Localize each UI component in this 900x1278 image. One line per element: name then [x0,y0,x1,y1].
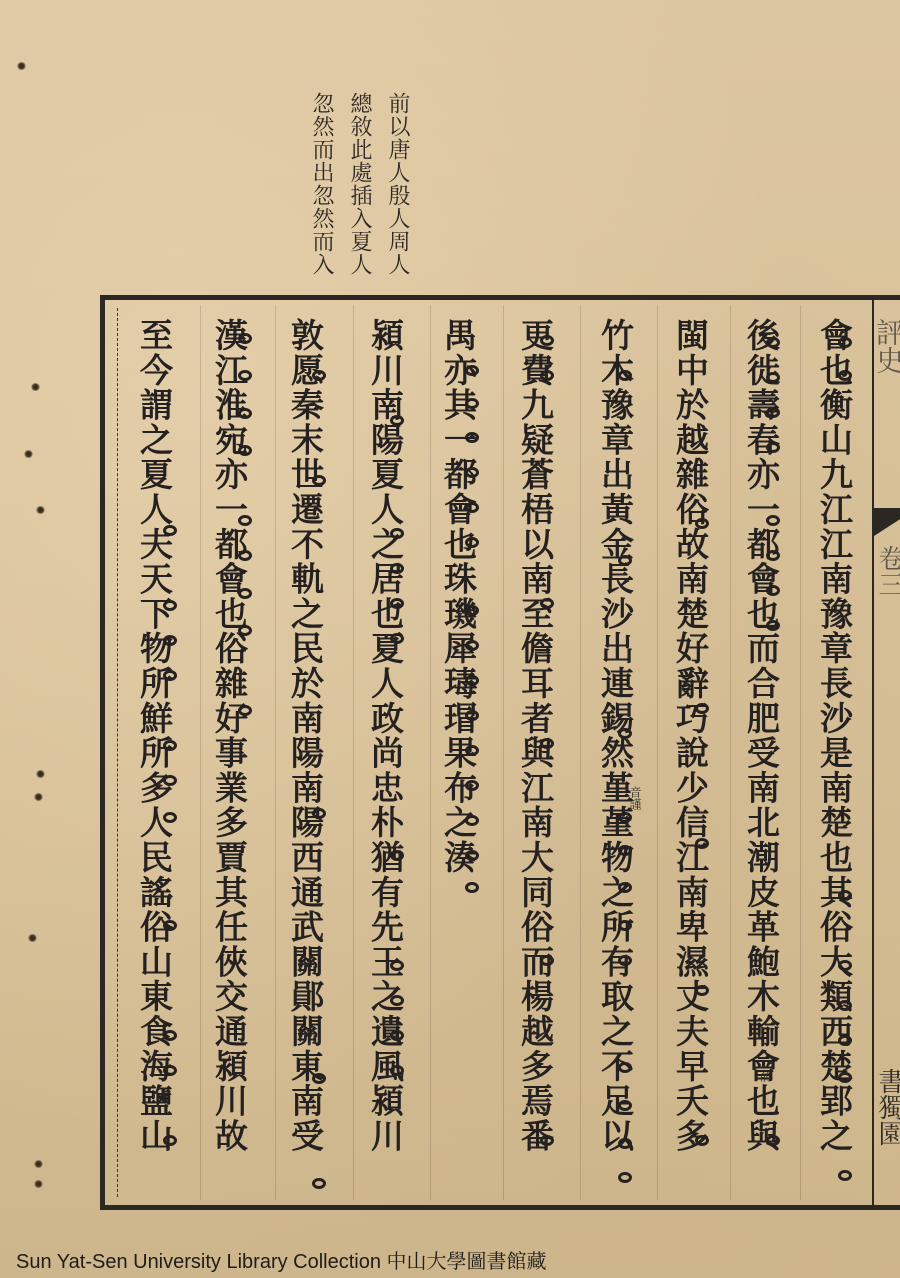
punctuation-circle-icon [618,1100,632,1111]
punctuation-circle-icon [838,1072,852,1083]
binding-hole [34,793,43,801]
punctuation-circle-icon [618,955,632,966]
punctuation-circle-icon [766,372,780,383]
punctuation-circle-icon [163,670,177,681]
punctuation-circle-icon [163,775,177,786]
punctuation-circle-icon [390,633,404,644]
punctuation-circle-icon [838,370,852,381]
punctuation-circle-icon [312,1178,326,1189]
punctuation-circle-icon [618,845,632,856]
punctuation-circle-icon [465,780,479,791]
punctuation-circle-icon [163,740,177,751]
punctuation-circle-icon [766,407,780,418]
punctuation-circle-icon [390,563,404,574]
punctuation-circle-icon [540,738,554,749]
binding-hole [34,1160,43,1168]
punctuation-circle-icon [766,620,780,631]
punctuation-circle-icon [695,703,709,714]
column-rule [657,305,658,1200]
annotation-column: 忽然而出忽然而入 [304,92,334,297]
punctuation-circle-icon [390,1065,404,1076]
punctuation-circle-icon [390,850,404,861]
punctuation-circle-icon [465,502,479,513]
punctuation-circle-icon [390,598,404,609]
annotation-column: 總敘此處插入夏人 [342,92,372,297]
punctuation-circle-icon [238,515,252,526]
punctuation-circle-icon [163,1030,177,1041]
punctuation-circle-icon [838,960,852,971]
punctuation-circle-icon [238,625,252,636]
text-column-1: 會也衡山九江江南豫章長沙是南楚也其俗大類西楚郢之 [806,318,862,1198]
punctuation-circle-icon [163,1065,177,1076]
interlinear-note: 音謹 [628,786,642,810]
punctuation-circle-icon [618,1172,632,1183]
text-column-5: 更費九疑蒼梧以南至儋耳者與江南大同俗而楊越多焉番 [507,318,563,1198]
punctuation-circle-icon [238,550,252,561]
punctuation-circle-icon [163,1135,177,1146]
punctuation-circle-icon [695,985,709,996]
column-rule [275,305,276,1200]
punctuation-circle-icon [540,1135,554,1146]
text-column-4: 竹木豫章出黃金長沙出連錫然堇堇物之所有取之不足以 [587,318,643,1198]
punctuation-circle-icon [618,1138,632,1149]
margin-volume: 卷三 [876,545,900,597]
punctuation-circle-icon [618,920,632,931]
binding-hole [36,770,45,778]
punctuation-circle-icon [838,337,852,348]
punctuation-circle-icon [618,728,632,739]
text-column-6: 禺亦其一都會也珠璣犀瑇瑁果布之湊 [430,318,486,1198]
punctuation-circle-icon [238,445,252,456]
punctuation-circle-icon [163,525,177,536]
punctuation-circle-icon [312,808,326,819]
punctuation-circle-icon [465,850,479,861]
punctuation-circle-icon [465,675,479,686]
binding-hole [31,383,40,391]
punctuation-circle-icon [312,1073,326,1084]
punctuation-circle-icon [390,528,404,539]
punctuation-circle-icon [390,995,404,1006]
punctuation-circle-icon [238,408,252,419]
punctuation-circle-icon [465,815,479,826]
punctuation-circle-icon [540,598,554,609]
punctuation-circle-icon [838,1170,852,1181]
punctuation-circle-icon [312,475,326,486]
text-column-7: 潁川南陽夏人之居也夏人政尚忠朴猶有先王之遺風潁川 [357,318,413,1198]
column-rule [800,305,801,1200]
text-column-2: 後徙壽春亦一都會也而合肥受南北潮皮革鮑木輸會也與 [733,318,789,1198]
punctuation-circle-icon [540,955,554,966]
collection-caption: Sun Yat-Sen University Library Collectio… [16,1250,547,1274]
punctuation-circle-icon [618,555,632,566]
punctuation-circle-icon [238,588,252,599]
punctuation-circle-icon [465,710,479,721]
punctuation-circle-icon [238,705,252,716]
punctuation-circle-icon [465,537,479,548]
punctuation-circle-icon [766,550,780,561]
punctuation-circle-icon [465,365,479,376]
punctuation-circle-icon [695,518,709,529]
punctuation-circle-icon [618,882,632,893]
punctuation-circle-icon [465,640,479,651]
punctuation-circle-icon [163,812,177,823]
punctuation-circle-icon [238,370,252,381]
punctuation-circle-icon [465,432,479,443]
interlinear-note: 俞 [758,1070,772,1082]
margin-title: 評史 [874,318,900,374]
punctuation-circle-icon [465,398,479,409]
punctuation-circle-icon [766,442,780,453]
scanned-page: 前以唐人殷人周人 總敘此處插入夏人 忽然而出忽然而入 會也衡山九江江南豫章長沙是… [0,0,900,1278]
binding-hole [17,62,26,70]
binding-hole [28,934,37,942]
punctuation-circle-icon [390,415,404,426]
punctuation-circle-icon [390,1030,404,1041]
punctuation-circle-icon [695,1135,709,1146]
punctuation-circle-icon [312,370,326,381]
margin-bottom-text: 書獨園 [876,1068,900,1146]
punctuation-circle-icon [838,1035,852,1046]
punctuation-circle-icon [695,838,709,849]
punctuation-circle-icon [238,333,252,344]
text-column-3: 閩中於越雜俗故南楚好辭巧說少信江南卑濕丈夫早夭多 [662,318,718,1198]
annotation-column: 前以唐人殷人周人 [380,92,410,297]
punctuation-circle-icon [766,585,780,596]
punctuation-circle-icon [465,745,479,756]
punctuation-circle-icon [838,1000,852,1011]
binding-hole [34,1180,43,1188]
punctuation-circle-icon [766,515,780,526]
punctuation-circle-icon [163,635,177,646]
frame-bottom-rule [100,1205,900,1210]
punctuation-circle-icon [465,882,479,893]
column-rule [503,305,504,1200]
punctuation-circle-icon [618,1062,632,1073]
punctuation-circle-icon [390,960,404,971]
column-rule [580,305,581,1200]
column-rule [353,305,354,1200]
punctuation-circle-icon [465,467,479,478]
punctuation-circle-icon [766,337,780,348]
punctuation-circle-icon [618,370,632,381]
text-column-8: 敦愿秦末世遷不軌之民於南陽南陽西通武關鄖關東南受 [277,318,333,1198]
top-annotation: 前以唐人殷人周人 總敘此處插入夏人 忽然而出忽然而入 [290,92,410,297]
punctuation-circle-icon [618,812,632,823]
punctuation-circle-icon [838,890,852,901]
punctuation-circle-icon [766,1135,780,1146]
punctuation-circle-icon [540,335,554,346]
punctuation-circle-icon [540,370,554,381]
binding-hole [36,506,45,514]
punctuation-circle-icon [465,605,479,616]
punctuation-circle-icon [163,600,177,611]
column-rule [730,305,731,1200]
punctuation-circle-icon [163,920,177,931]
